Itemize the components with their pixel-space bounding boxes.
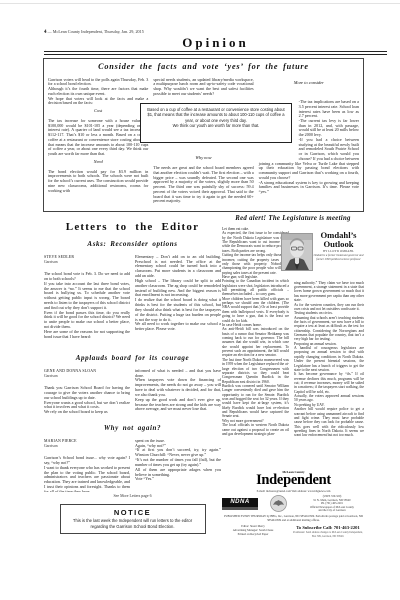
recycled-line: Printed on Recycled Paper [222, 533, 284, 537]
omdahl-portrait-photo [281, 233, 313, 271]
more-heading: More to consider [259, 80, 359, 85]
letter-3-col-1: MARIAN PIERCE Garrison Garrison’s School… [44, 434, 130, 492]
masthead-logos-row: NDNA (USPS 330-320) 91 N. Main, Garrison… [222, 495, 365, 512]
letter-3-text-1: Garrison’s School bond issue... why vote… [44, 455, 130, 492]
letters-column: Asks: Reconsider options STEVE SEDLER Ga… [44, 240, 221, 534]
editorial-box: Consider the facts and vote ‘yes’ for th… [43, 58, 364, 212]
see-more-letters: See More Letters page 6 [44, 494, 221, 498]
omdahl-outlook-title: Omdahl’s Outlook [313, 231, 364, 249]
letter-2-col-2: informed of what is needed – and that yo… [135, 364, 221, 420]
letter-1-heading: Asks: Reconsider options [44, 240, 221, 250]
letter-1-body: STEVE SEDLER Garrison The school bond vo… [44, 250, 221, 350]
letter-author-town: Garrison [44, 260, 130, 265]
portrait-illustration [282, 234, 312, 270]
editorial-title: Consider the facts and vote ‘yes’ for th… [48, 62, 359, 71]
omdahl-header: Omdahl’s Outlook By LLOYD OMDAHL Omdahl … [294, 231, 364, 273]
need-heading: Need [48, 159, 148, 164]
letter-1-byline: STEVE SEDLER Garrison [44, 255, 130, 264]
omdahl-title-block: Omdahl’s Outlook By LLOYD OMDAHL Omdahl … [313, 231, 364, 261]
letter-2: Applauds board for its courage GENE and … [44, 354, 221, 420]
letter-author-town: Garrison [44, 374, 130, 379]
folio-text: — McLean County Independent, Thursday, J… [48, 29, 144, 34]
staff-block: Editor: Stuart Merry Advertising Manager… [222, 525, 284, 536]
outlook-letter-heading: Red alert! The Legislature is meeting [222, 215, 364, 222]
letter-1-text-1: The school bond vote is Feb. 3. Do we ne… [44, 271, 130, 339]
masthead-bottom-row: Editor: Stuart Merry Advertising Manager… [222, 525, 365, 537]
letter-1-text-2: Elementary – Don’t add on to an old buil… [135, 254, 221, 331]
published-line: PUBLISHED EVERY THURSDAY by BHG, Inc., G… [222, 515, 365, 522]
letter-1-col-2: Elementary – Don’t add on to an old buil… [135, 250, 221, 350]
letter-2-text-1: Thank you Garrison School Board for havi… [44, 385, 130, 414]
official-newspaper-line-2: and the City of Garrison [299, 509, 365, 512]
outlook-col-2-text: ning authority.” They claim we have too … [294, 281, 364, 438]
need-text: The bond election would pay for $3.9 mil… [48, 169, 148, 193]
letter-3: Why not again? MARIAN PIERCE Garrison Ga… [44, 424, 221, 492]
omdahl-credit: Omdahl is a former lieutenant governor a… [313, 254, 364, 261]
letter-2-byline: GENE and DONNA SLOAN Garrison [44, 369, 130, 378]
letter-3-body: MARIAN PIERCE Garrison Garrison’s School… [44, 434, 221, 492]
masthead-nameplate: Independent [222, 474, 365, 488]
section-title: Opinion [44, 35, 387, 51]
editorial-intro: Garrison voters will head to the polls a… [48, 77, 148, 106]
letter-author-town: Garrison [44, 444, 130, 449]
editorial-continuation: special needs students, an updated libra… [153, 77, 253, 96]
cost-text: The tax increase for someone with a hous… [48, 118, 148, 156]
pull-quote-box: Based on a cup of coffee at a restaurant… [140, 103, 292, 143]
cost-heading: Cost [48, 108, 148, 113]
letters-section-title: Letters to the Editor [44, 221, 221, 233]
notice-title: NOTICE [66, 508, 200, 517]
letter-2-text-2: informed of what is needed – and that yo… [135, 368, 221, 412]
subscribe-block: To Subscribe Call: 701-463-2201 Postmast… [291, 525, 365, 537]
ndna-logo-label: NDNA [222, 498, 258, 506]
eagle-seal-icon [270, 495, 287, 512]
letter-3-heading: Why not again? [44, 424, 221, 434]
why-now-heading: Why now [153, 155, 253, 160]
outlook-column: Let them eat cake. As expected, the firs… [222, 227, 364, 468]
ndna-logo: NDNA [222, 498, 258, 509]
subscribe-call-line: To Subscribe Call: 701-463-2201 [291, 525, 365, 530]
letter-3-text-2: spent on the issue. Again, “why not?” “I… [135, 438, 221, 482]
scan-edge-line [0, 3, 400, 4]
letter-3-col-2: spent on the issue. Again, “why not?” “I… [135, 434, 221, 492]
ndna-logo-strip [222, 507, 258, 510]
letter-1-col-1: STEVE SEDLER Garrison The school bond vo… [44, 250, 130, 350]
letter-3-byline: MARIAN PIERCE Garrison [44, 439, 130, 448]
letter-2-col-1: GENE and DONNA SLOAN Garrison Thank you … [44, 364, 130, 420]
header-rule [44, 51, 387, 52]
header-rule-2 [44, 54, 387, 55]
masthead-contact-line: E-mail: mcinews@restel.com Web address: … [222, 489, 365, 493]
outlook-col-2: Omdahl’s Outlook By LLOYD OMDAHL Omdahl … [294, 227, 364, 468]
newspaper-opinion-page: 4 — McLean County Independent, Thursday,… [0, 0, 400, 600]
letter-2-heading: Applauds board for its courage [44, 354, 221, 364]
letter-1: Asks: Reconsider options STEVE SEDLER Ga… [44, 240, 221, 350]
outlook-col-1: Let them eat cake. As expected, the firs… [222, 227, 289, 468]
why-now-text: The needs are great and the school board… [153, 165, 253, 203]
masthead-address-block: (USPS 330-320) 91 N. Main, Garrison, ND … [299, 495, 365, 512]
editorial-col-1: Garrison voters will head to the polls a… [48, 73, 148, 205]
notice-body: This is the last week the Independent wi… [66, 518, 200, 529]
notice-box: NOTICE This is the last week the Indepen… [60, 504, 206, 534]
letter-2-body: GENE and DONNA SLOAN Garrison Thank you … [44, 364, 221, 420]
omdahl-byline: By LLOYD OMDAHL [313, 250, 364, 253]
postmaster-fine-print: Postmaster: Send address changes to McLe… [291, 531, 365, 537]
masthead: McLean County Independent E-mail: mcinew… [222, 470, 365, 538]
